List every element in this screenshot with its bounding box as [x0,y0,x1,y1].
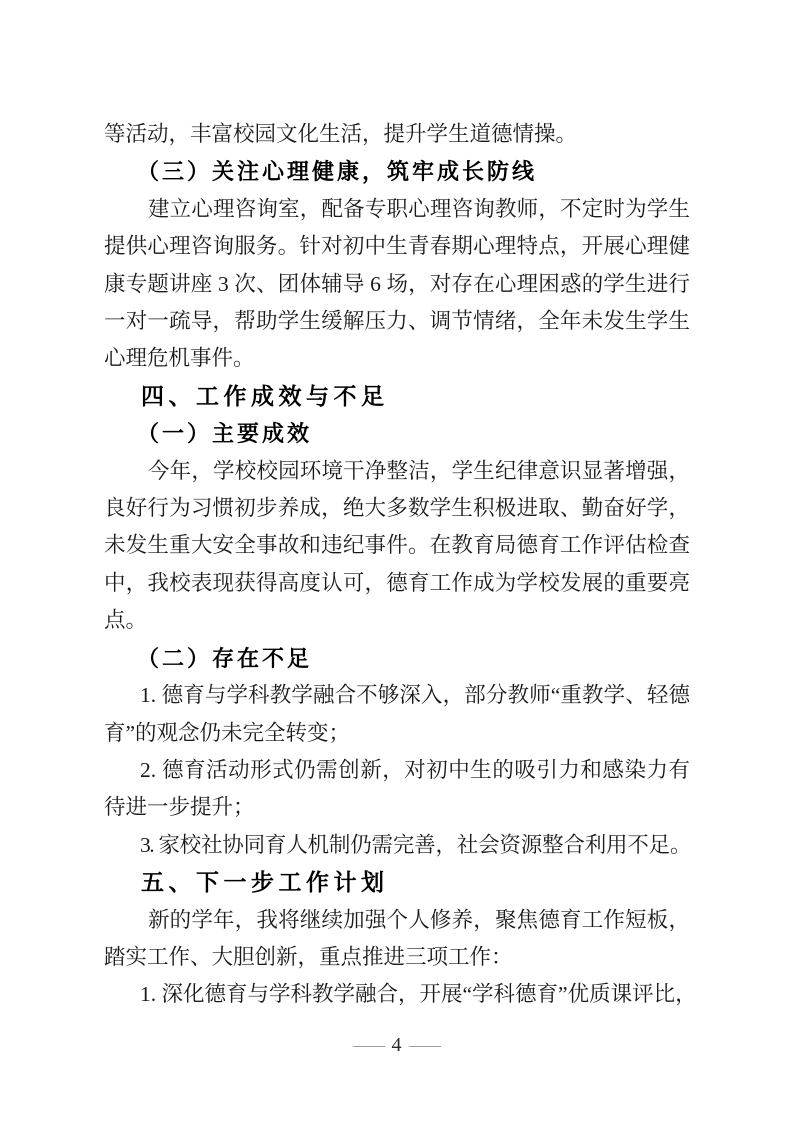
body-text-line: 新的学年，我将继续加强个人修养，聚焦德育工作短板， [104,902,690,939]
body-text-line: 踏实工作、大胆创新，重点推进三项工作： [104,939,690,976]
page-footer: —4— [0,1033,793,1058]
body-text-line: 心理危机事件。 [104,340,690,377]
body-text-line: 建立心理咨询室，配备专职心理咨询教师，不定时为学生 [104,191,690,228]
body-text-line: 等活动，丰富校园文化生活，提升学生道德情操。 [104,116,690,153]
footer-dash-right: — [409,1033,441,1058]
body-text-line: 育”的观念仍未完全转变； [104,715,690,752]
body-text-line: 今年，学校校园环境干净整洁，学生纪律意识显著增强， [104,453,690,490]
footer-page-number: 4 [383,1034,411,1056]
section-heading-four: 四、工作成效与不足 [104,378,690,415]
body-text-line: 中，我校表现获得高度认可，德育工作成为学校发展的重要亮 [104,565,690,602]
subsection-heading-two: （二）存在不足 [104,640,690,677]
list-item-line: 2. 德育活动形式仍需创新，对初中生的吸引力和感染力有 [104,752,690,789]
subsection-heading-three: （三）关注心理健康，筑牢成长防线 [104,153,690,190]
document-page: 等活动，丰富校园文化生活，提升学生道德情操。 （三）关注心理健康，筑牢成长防线 … [0,0,793,1122]
body-text-line: 未发生重大安全事故和违纪事件。在教育局德育工作评估检查 [104,527,690,564]
section-heading-five: 五、下一步工作计划 [104,864,690,901]
list-item-line: 1. 德育与学科教学融合不够深入，部分教师“重教学、轻德 [104,677,690,714]
list-item-line: 3. 家校社协同育人机制仍需完善，社会资源整合利用不足。 [104,827,690,864]
body-text-line: 提供心理咨询服务。针对初中生青春期心理特点，开展心理健 [104,228,690,265]
body-text-line: 良好行为习惯初步养成，绝大多数学生积极进取、勤奋好学， [104,490,690,527]
list-item-line: 1. 深化德育与学科教学融合，开展“学科德育”优质课评比， [104,976,690,1013]
body-text-line: 点。 [104,602,690,639]
footer-dash-left: — [353,1033,385,1058]
body-text-line: 康专题讲座 3 次、团体辅导 6 场，对存在心理困惑的学生进行 [104,266,690,303]
body-text-line: 一对一疏导，帮助学生缓解压力、调节情绪，全年未发生学生 [104,303,690,340]
page-content: 等活动，丰富校园文化生活，提升学生道德情操。 （三）关注心理健康，筑牢成长防线 … [104,116,690,1014]
subsection-heading-one: （一）主要成效 [104,415,690,452]
body-text-line: 待进一步提升； [104,789,690,826]
